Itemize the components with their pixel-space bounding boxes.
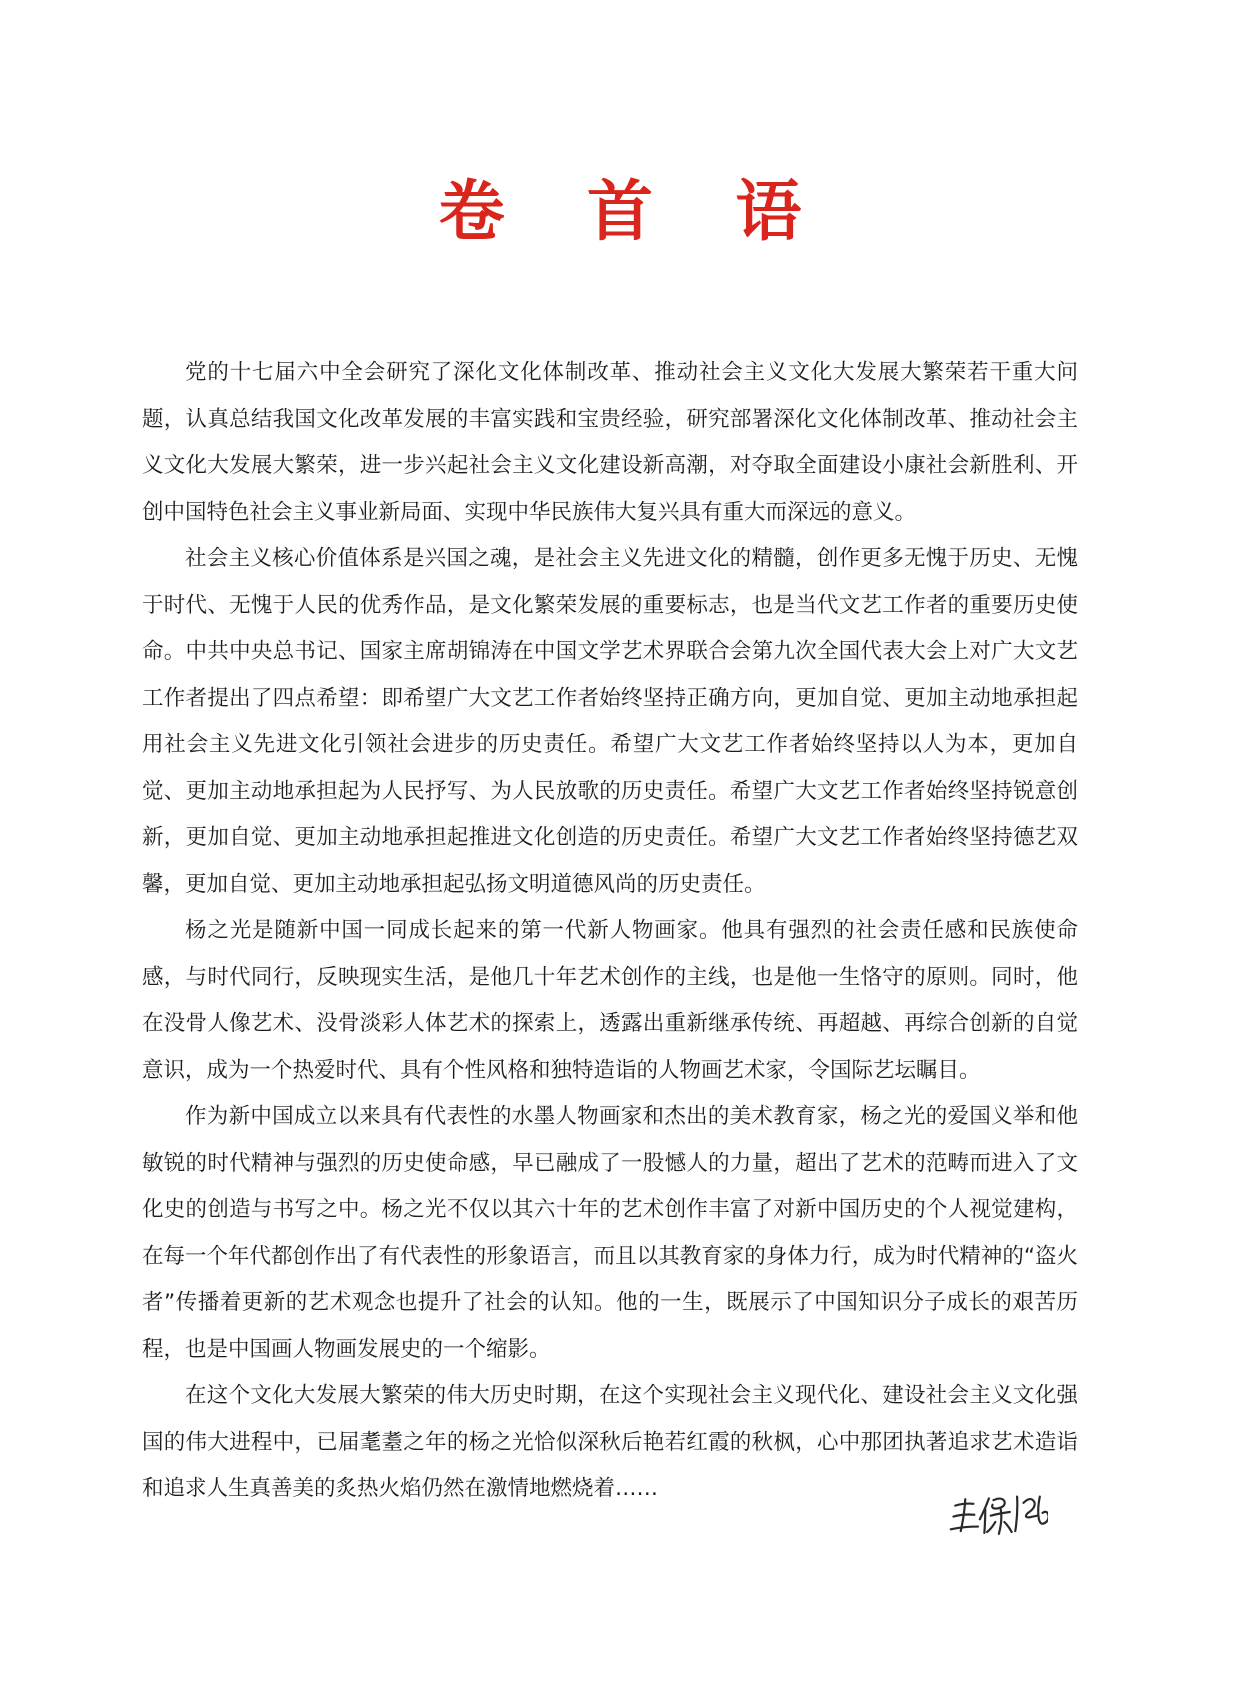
- paragraph-2: 社会主义核心价值体系是兴国之魂，是社会主义先进文化的精髓，创作更多无愧于历史、无…: [142, 536, 1078, 908]
- paragraph-5: 在这个文化大发展大繁荣的伟大历史时期，在这个实现社会主义现代化、建设社会主义文化…: [142, 1373, 1078, 1513]
- body-text: 党的十七届六中全会研究了深化文化体制改革、推动社会主义文化大发展大繁荣若干重大问…: [142, 350, 1078, 1513]
- signature-strokes: [948, 1484, 1048, 1560]
- paragraph-4: 作为新中国成立以来具有代表性的水墨人物画家和杰出的美术教育家，杨之光的爱国义举和…: [142, 1094, 1078, 1373]
- paragraph-1: 党的十七届六中全会研究了深化文化体制改革、推动社会主义文化大发展大繁荣若干重大问…: [142, 350, 1078, 536]
- page-title: 卷 首 语: [0, 158, 1240, 253]
- paragraph-3: 杨之光是随新中国一同成长起来的第一代新人物画家。他具有强烈的社会责任感和民族使命…: [142, 908, 1078, 1094]
- document-page: 卷 首 语 党的十七届六中全会研究了深化文化体制改革、推动社会主义文化大发展大繁…: [0, 0, 1240, 1683]
- handwritten-signature: [948, 1484, 1048, 1560]
